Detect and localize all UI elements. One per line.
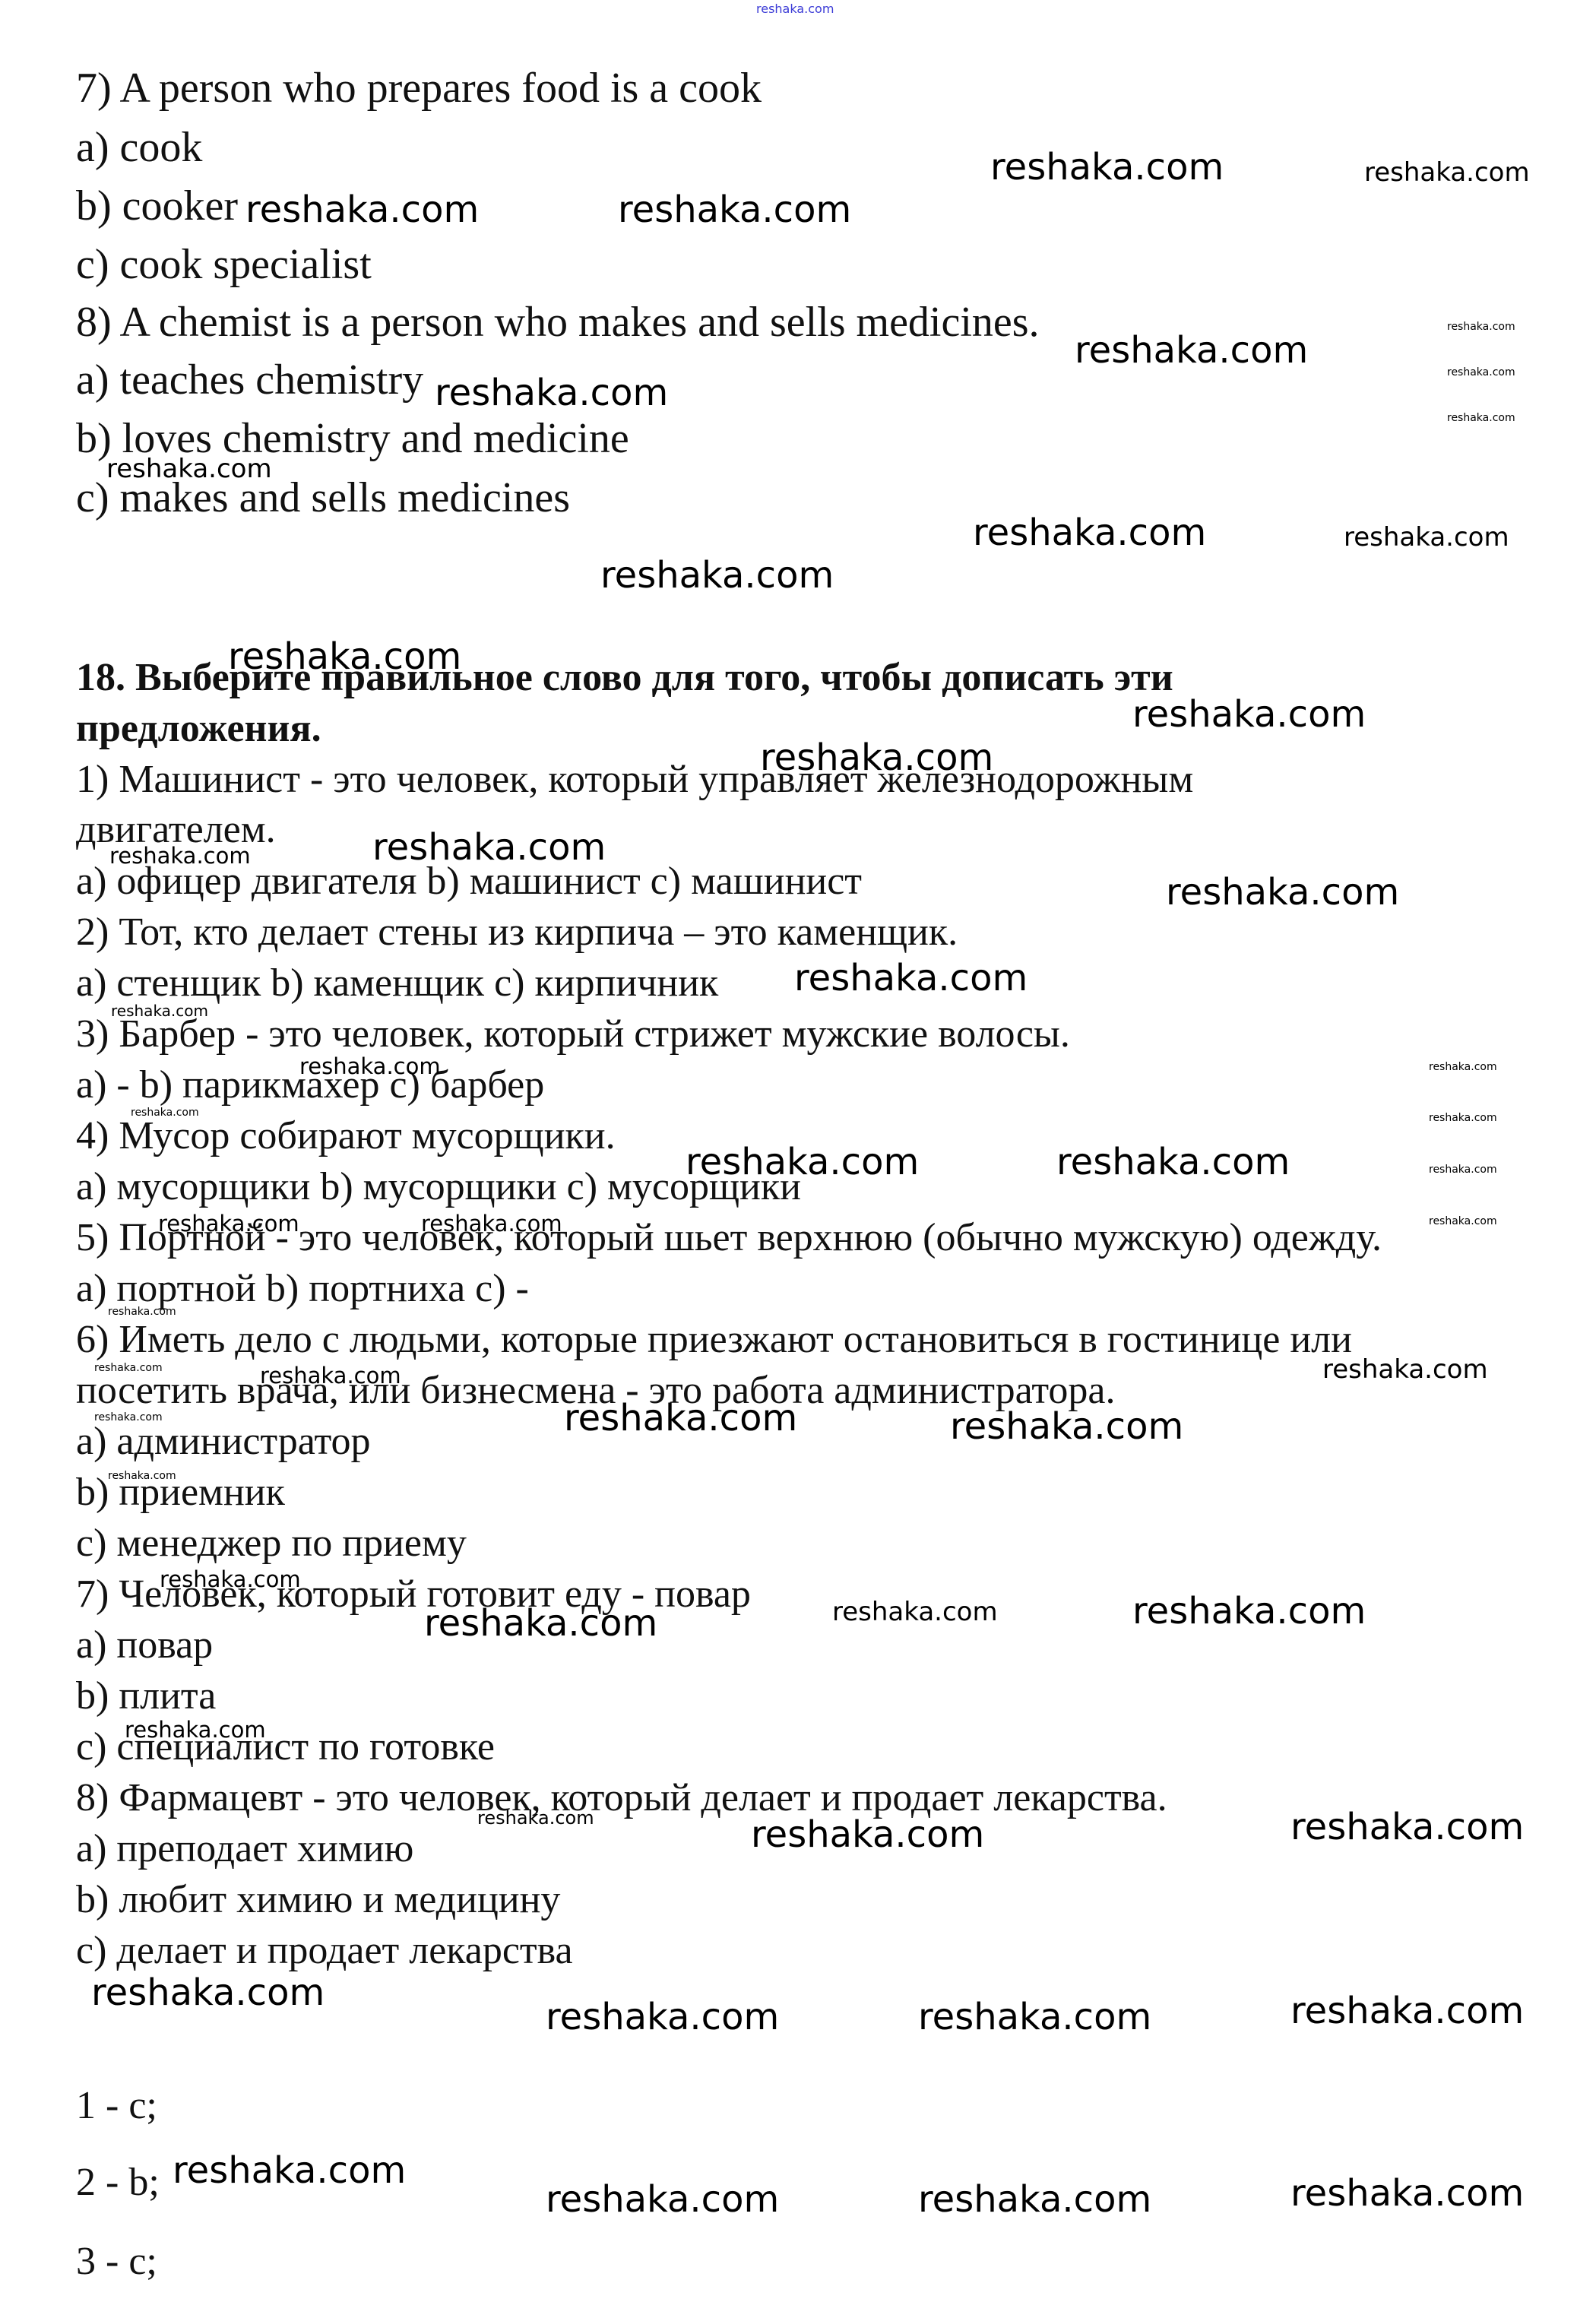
ru-item-6-option-c: c) менеджер по приему	[76, 1524, 467, 1563]
watermark: reshaka.com	[950, 1408, 1183, 1445]
answer-1: 1 - c;	[76, 2086, 157, 2126]
ru-item-2-prompt: 2) Тот, кто делает стены из кирпича – эт…	[76, 913, 958, 952]
watermark: reshaka.com	[94, 1363, 163, 1373]
ru-item-8-prompt: 8) Фармацевт - это человек, который дела…	[76, 1778, 1167, 1818]
watermark: reshaka.com	[109, 845, 251, 867]
question-8-option-a: a) teaches chemistry	[76, 359, 423, 401]
watermark: reshaka.com	[618, 192, 851, 228]
question-8-prompt: 8) A chemist is a person who makes and s…	[76, 301, 1040, 344]
watermark: reshaka.com	[245, 192, 479, 228]
watermark: reshaka.com	[1290, 1993, 1524, 2029]
watermark: reshaka.com	[173, 2152, 406, 2189]
ru-item-7-option-a: a) повар	[76, 1626, 213, 1665]
watermark: reshaka.com	[990, 149, 1224, 185]
watermark: reshaka.com	[424, 1605, 657, 1642]
document-page: reshaka.com 7) A person who prepares foo…	[0, 0, 1596, 2318]
watermark: reshaka.com	[94, 1412, 163, 1423]
watermark: reshaka.com	[1132, 1593, 1366, 1629]
watermark: reshaka.com	[158, 1213, 299, 1235]
watermark: reshaka.com	[228, 638, 461, 675]
watermark: reshaka.com	[918, 2181, 1151, 2218]
question-7-option-c: c) cook specialist	[76, 243, 372, 286]
ru-item-6-option-a: a) администратор	[76, 1422, 371, 1461]
ru-item-1-prompt-line1: 1) Машинист - это человек, который управ…	[76, 760, 1193, 800]
watermark: reshaka.com	[1429, 1062, 1497, 1072]
watermark: reshaka.com	[686, 1144, 919, 1180]
watermark: reshaka.com	[1429, 1216, 1497, 1227]
watermark: reshaka.com	[299, 1056, 441, 1078]
ru-item-8-option-c: c) делает и продает лекарства	[76, 1931, 573, 1971]
ru-item-4-prompt: 4) Мусор собирают мусорщики.	[76, 1116, 616, 1156]
ru-item-2-options: a) стенщик b) каменщик c) кирпичник	[76, 964, 718, 1003]
watermark: reshaka.com	[372, 829, 606, 866]
watermark: reshaka.com	[973, 515, 1206, 551]
watermark: reshaka.com	[421, 1213, 562, 1235]
ru-item-8-option-b: b) любит химию и медицину	[76, 1880, 560, 1920]
watermark: reshaka.com	[1132, 696, 1366, 733]
watermark: reshaka.com	[91, 1974, 325, 2011]
watermark: reshaka.com	[1447, 321, 1515, 332]
ru-item-8-option-a: a) преподает химию	[76, 1829, 413, 1869]
watermark: reshaka.com	[546, 1999, 779, 2035]
watermark: reshaka.com	[1075, 332, 1308, 369]
watermark: reshaka.com	[546, 2181, 779, 2218]
watermark: reshaka.com	[260, 1365, 401, 1387]
watermark: reshaka.com	[108, 1471, 176, 1481]
question-7-option-a: a) cook	[76, 126, 202, 169]
watermark: reshaka.com	[1429, 1113, 1497, 1123]
watermark: reshaka.com	[760, 739, 993, 776]
watermark: reshaka.com	[751, 1816, 984, 1853]
watermark: reshaka.com	[131, 1107, 199, 1118]
watermark: reshaka.com	[125, 1719, 266, 1741]
ru-item-3-prompt: 3) Барбер - это человек, который стрижет…	[76, 1015, 1070, 1054]
watermark: reshaka.com	[564, 1400, 797, 1436]
watermark: reshaka.com	[1166, 874, 1399, 910]
ru-item-5-options: a) портной b) портниха c) -	[76, 1269, 529, 1309]
answer-3: 3 - c;	[76, 2242, 157, 2282]
watermark: reshaka.com	[832, 1599, 998, 1625]
watermark: reshaka.com	[1290, 2175, 1524, 2212]
watermark: reshaka.com	[160, 1569, 301, 1591]
watermark: reshaka.com	[1364, 160, 1530, 185]
watermark: reshaka.com	[1056, 1144, 1290, 1180]
watermark: reshaka.com	[108, 1306, 176, 1317]
question-7-prompt: 7) A person who prepares food is a cook	[76, 67, 762, 109]
watermark: reshaka.com	[794, 960, 1028, 996]
ru-item-7-option-b: b) плита	[76, 1677, 216, 1716]
watermark: reshaka.com	[435, 375, 668, 411]
watermark: reshaka.com	[111, 1003, 208, 1018]
watermark: reshaka.com	[1429, 1164, 1497, 1175]
watermark: reshaka.com	[1344, 524, 1509, 550]
watermark: reshaka.com	[1447, 413, 1515, 423]
watermark: reshaka.com	[1322, 1357, 1488, 1382]
watermark: reshaka.com	[600, 557, 834, 594]
watermark: reshaka.com	[918, 1999, 1151, 2035]
watermark: reshaka.com	[1290, 1809, 1524, 1845]
watermark: reshaka.com	[1447, 367, 1515, 378]
watermark: reshaka.com	[477, 1809, 594, 1827]
ru-item-6-prompt-line1: 6) Иметь дело с людьми, которые приезжаю…	[76, 1320, 1352, 1360]
header-watermark: reshaka.com	[756, 3, 834, 15]
answer-2: 2 - b;	[76, 2163, 160, 2202]
watermark: reshaka.com	[106, 456, 272, 482]
exercise-18-heading-line2: предложения.	[76, 709, 321, 749]
question-7-option-b: b) cooker	[76, 185, 238, 227]
